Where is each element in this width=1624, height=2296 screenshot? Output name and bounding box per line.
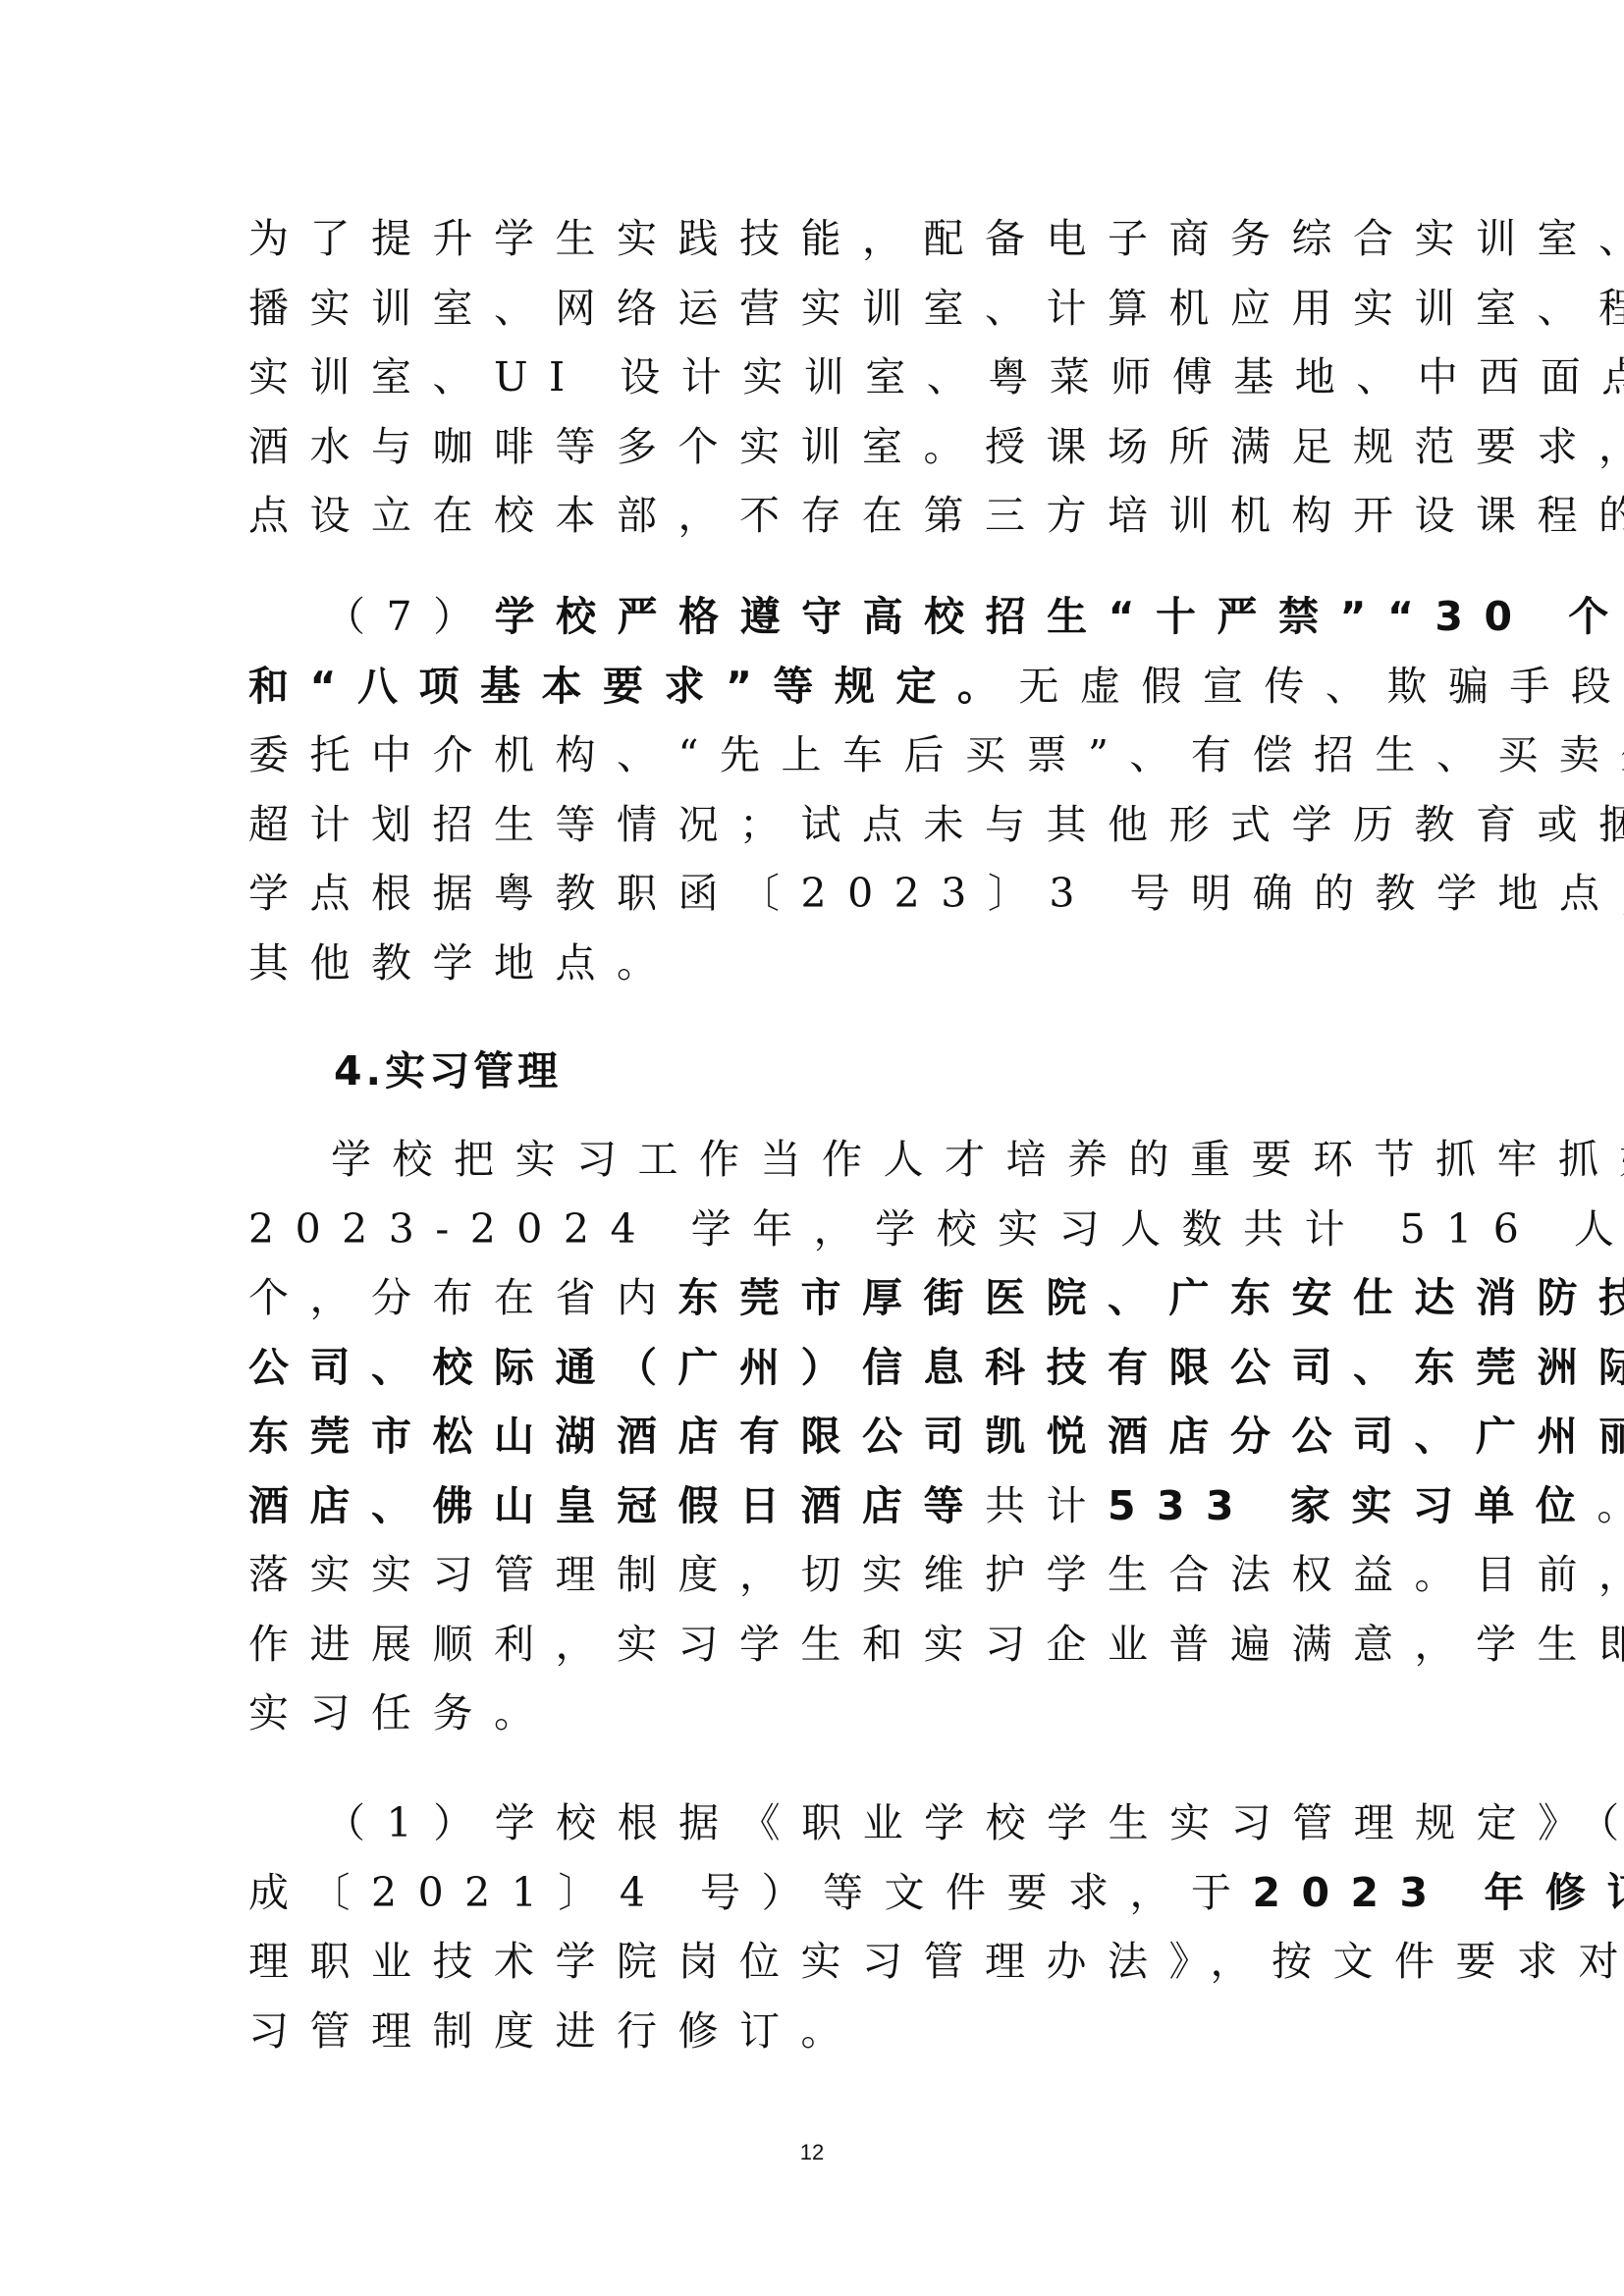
normal-text: 无虚假宣传、欺骗手段、挂钩、 <box>1018 663 1624 710</box>
text-line: 作进展顺利，实习学生和实习企业普遍满意，学生即将完成 <box>248 1610 1378 1680</box>
normal-text: 。学校严格 <box>1597 1482 1624 1529</box>
item-number: （7） <box>325 593 495 640</box>
normal-text: 个，分布在省内 <box>248 1274 678 1321</box>
text-line: 超计划招生等情况；试点未与其他形式学历教育或捆绑；教 <box>248 790 1378 860</box>
bold-text: 和“八项基本要求”等规定。 <box>248 663 1018 710</box>
text-line: 东莞市松山湖酒店有限公司凯悦酒店分公司、广州丽柏国际 <box>248 1402 1378 1471</box>
paragraph-training-rooms: 为了提升学生实践技能，配备电子商务综合实训室、电商直 播实训室、网络运营实训室、… <box>248 204 1378 551</box>
text-line: 酒店、佛山皇冠假日酒店等共计533 家实习单位。学校严格 <box>248 1471 1378 1541</box>
paragraph-internship-overview: 学校把实习工作当作人才培养的重要环节抓牢抓好。 2023-2024 学年，学校实… <box>248 1125 1378 1748</box>
text-line: 委托中介机构、“先上车后买票”、有偿招生、买卖生源、 <box>248 721 1378 790</box>
paragraph-admission-rules: （7）学校严格遵守高校招生“十严禁”“30 个不得” 和“八项基本要求”等规定。… <box>248 582 1378 997</box>
text-line: 其他教学地点。 <box>248 929 1378 998</box>
text-line: 实习任务。 <box>248 1679 1378 1748</box>
document-page: 为了提升学生实践技能，配备电子商务综合实训室、电商直 播实训室、网络运营实训室、… <box>0 0 1624 2296</box>
page-number: 12 <box>0 2140 1624 2165</box>
bold-text: 东莞市厚街医院、广东安仕达消防技术有限 <box>678 1274 1624 1321</box>
section-heading: 4.实习管理 <box>334 1039 562 1096</box>
paragraph-internship-regulation: （1）学校根据《职业学校学生实习管理规定》（教职 成〔2021〕4 号）等文件要… <box>248 1789 1378 2065</box>
text-line: 学校把实习工作当作人才培养的重要环节抓牢抓好。 <box>248 1125 1378 1195</box>
bold-text: 533 家实习单位 <box>1108 1482 1597 1529</box>
text-line: 习管理制度进行修订。 <box>248 1997 1378 2066</box>
bold-text: 酒店、佛山皇冠假日酒店等 <box>248 1482 985 1529</box>
normal-text: 共计 <box>985 1482 1108 1529</box>
text-line: 公司、校际通（广州）信息科技有限公司、东莞洲际酒店、 <box>248 1333 1378 1403</box>
text-line: 实训室、UI 设计实训室、粤菜师傅基地、中西面点实训室、 <box>248 343 1378 412</box>
text-line: 和“八项基本要求”等规定。无虚假宣传、欺骗手段、挂钩、 <box>248 652 1378 721</box>
text-line: 2023-2024 学年，学校实习人数共计 516 人，相关专业共 24 <box>248 1195 1378 1264</box>
text-line: 酒水与咖啡等多个实训室。授课场所满足规范要求，办学地 <box>248 412 1378 482</box>
text-line: 个，分布在省内东莞市厚街医院、广东安仕达消防技术有限 <box>248 1263 1378 1333</box>
text-line: 点设立在校本部，不存在第三方培训机构开设课程的情况。 <box>248 481 1378 551</box>
bold-text: 学校严格遵守高校招生“十严禁”“30 个不得” <box>495 593 1624 640</box>
text-line: （7）学校严格遵守高校招生“十严禁”“30 个不得” <box>248 582 1378 652</box>
normal-text: 成〔2021〕4 号）等文件要求，于 <box>248 1869 1252 1916</box>
text-line: 播实训室、网络运营实训室、计算机应用实训室、程序设计 <box>248 274 1378 344</box>
text-line: （1）学校根据《职业学校学生实习管理规定》（教职 <box>248 1789 1378 1858</box>
text-line: 落实实习管理制度，切实维护学生合法权益。目前，实习工 <box>248 1540 1378 1610</box>
text-line: 成〔2021〕4 号）等文件要求，于2023 年修订《广东酒店管 <box>248 1858 1378 1928</box>
text-line: 学点根据粤教职函〔2023〕3 号明确的教学地点，无安排在 <box>248 859 1378 929</box>
text-line: 理职业技术学院岗位实习管理办法》，按文件要求对学校实 <box>248 1927 1378 1997</box>
bold-text: 2023 年修订 <box>1252 1869 1624 1916</box>
text-line: 为了提升学生实践技能，配备电子商务综合实训室、电商直 <box>248 204 1378 274</box>
